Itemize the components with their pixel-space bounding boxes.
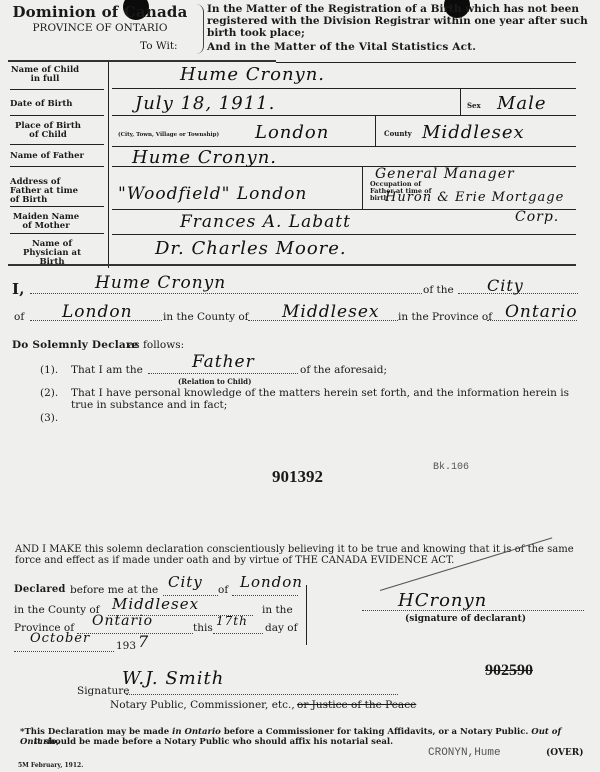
notary-caption: Notary Public, Commissioner, etc., [110,699,295,711]
province-of-label: in the Province of [398,311,492,323]
county-of-label: in the County of [163,311,249,323]
declaration-i-label: I, [12,280,25,298]
father-address-value: "Woodfield" London [118,184,307,204]
declarant-signature-caption: (signature of declarant) [405,614,526,624]
item-1-suffix: of the aforesaid; [300,364,387,376]
sex-value: Male [497,93,547,114]
label-mother-maiden: Maiden Name of Mother [10,213,82,231]
county-divider [375,115,376,146]
book-number: Bk.106 [433,462,469,473]
label-father-name: Name of Father [10,152,100,161]
county-label: County [384,129,412,138]
label-father-address: Address of Father at time of Birth [10,178,90,205]
top-rule [8,60,276,62]
as-follows-label: as follows: [128,339,184,351]
declared-province-value: Ontario [92,613,153,629]
label-divider [10,115,104,116]
declared-county-label: in the County of [14,604,100,616]
place-type-value: City [168,573,203,591]
header-matter-text: In the Matter of the Registration of a B… [207,3,597,39]
relation-value: Father [192,352,255,372]
struck-justice-caption: or Justice of the Peace [297,699,416,711]
label-divider [10,233,104,234]
item-2-text: That I have personal knowledge of the ma… [71,387,581,411]
year-suffix: 7 [138,632,149,651]
label-child-name: Name of Child in full [10,66,80,84]
place-value: London [240,573,303,591]
this-label: this [193,622,213,634]
item-1-prefix: That I am the [71,364,143,376]
of-the-label: of the [423,284,454,296]
footnote-in-ontario: in Ontario [172,727,221,737]
label-place-of-birth: Place of Birth of Child [10,122,86,140]
birth-declaration-document: Dominion of Canada PROVINCE OF ONTARIO T… [0,0,600,772]
solemnly-declare-label: Do Solemnly Declare [12,339,139,351]
physician-value: Dr. Charles Moore. [155,238,347,259]
value-line [112,115,576,116]
solemn-statement: AND I MAKE this solemn declaration consc… [15,544,587,566]
mother-maiden-value: Frances A. Labatt [180,212,351,232]
year-prefix: 193 [116,640,136,652]
item-3-number: (3). [40,412,58,424]
top-rule-right [276,62,576,63]
footnote-line2: it should be made before a Notary Public… [34,737,393,747]
value-line [112,209,576,210]
place-of-birth-value: London [255,122,329,143]
label-column-divider [108,62,109,268]
month-value: October [30,631,90,646]
form-bottom-rule [8,264,576,266]
over-label: (OVER) [546,748,584,758]
declared-in-the-label: in the [262,604,293,616]
province-of-value: Ontario [505,302,578,322]
label-date-of-birth: Date of Birth [10,100,100,109]
value-line [112,88,576,89]
header-act-text: And in the Matter of the Vital Statistic… [207,41,476,53]
declared-county-value: Middlesex [112,595,199,613]
of-label: of [14,311,24,323]
registration-number-stamp: 901392 [272,467,323,487]
header-province: PROVINCE OF ONTARIO [10,22,190,34]
sex-label: Sex [467,101,481,110]
struck-number-stamp: 902590 [485,662,533,680]
day-of-label: day of [265,622,297,634]
declared-brace [306,585,307,645]
label-divider [10,89,104,90]
item-2-number: (2). [40,387,58,399]
index-name: CRONYN,Hume [428,747,501,759]
print-code: 5M February, 1912. [18,762,83,769]
value-line [112,234,576,235]
occupation-value-line2: Huron & Erie Mortgage [385,190,564,205]
occupation-value-line1: General Manager [375,166,515,182]
header-to-wit: To Wit: [140,40,178,52]
occupation-value-line3: Corp. [515,209,559,225]
county-of-value: Middlesex [282,302,379,322]
of-the-value: City [487,276,524,295]
notary-signature: W.J. Smith [122,668,224,689]
declarant-signature: HCronyn [398,590,487,611]
item-1-number: (1). [40,364,58,376]
occupation-divider [362,166,363,209]
county-value: Middlesex [422,122,525,143]
declared-label: Declared [14,584,66,595]
label-divider [10,144,104,145]
of-value: London [62,302,133,322]
footnote-text-b: before a Commissioner for taking Affidav… [221,727,528,737]
header-title: Dominion of Canada [10,3,190,21]
child-name-value: Hume Cronyn. [180,64,325,85]
relation-hint: (Relation to Child) [178,377,251,386]
day-value: 17th [216,614,248,628]
footnote-text-a: *This Declaration may be made [20,727,172,737]
label-divider [10,206,104,207]
label-divider [10,166,104,167]
father-name-value: Hume Cronyn. [132,147,277,168]
date-of-birth-value: July 18, 1911. [135,93,275,114]
label-physician: Name of Physician at Birth [10,240,94,267]
place-of-birth-hint: (City, Town, Village or Township) [118,132,219,138]
sex-divider [460,89,461,115]
declarant-name-value: Hume Cronyn [95,273,226,293]
header-brace [196,4,204,54]
declared-of-label: of [218,584,228,596]
